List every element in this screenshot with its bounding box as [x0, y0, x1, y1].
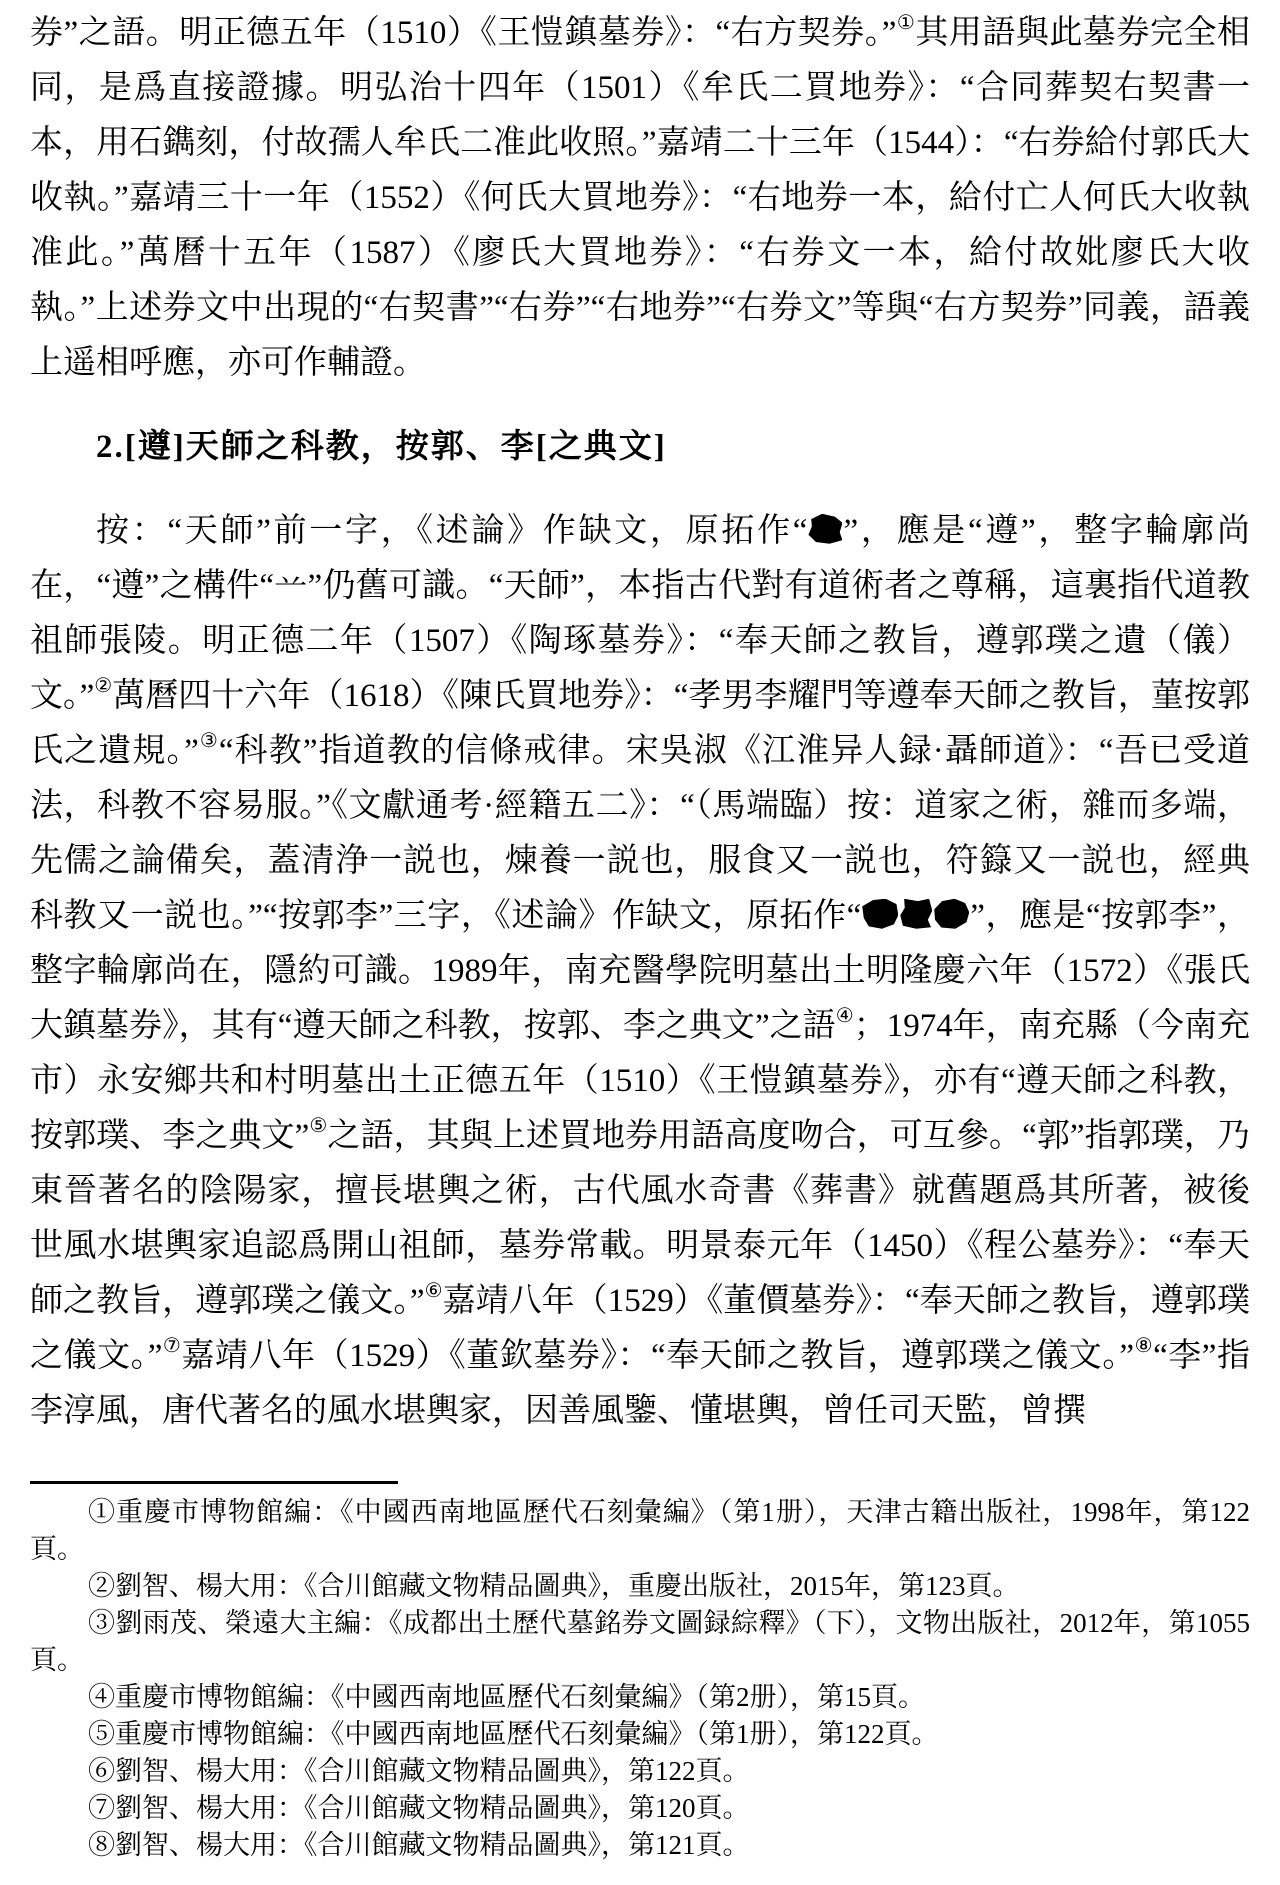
illegible-rubbing-glyph: [808, 514, 842, 544]
text-segment: 按：“天師”前一字，《述論》作缺文，原拓作“: [96, 513, 807, 549]
illegible-rubbing-glyph: [934, 899, 969, 929]
footnote-item: ④重慶市博物館編：《中國西南地區歷代石刻彙編》（第2册），第15頁。: [30, 1679, 1250, 1716]
text-segment: 嘉靖八年（1529）《董欽墓券》：“奉天師之教旨，遵郭璞之儀文。”: [181, 1338, 1134, 1374]
main-text: 券”之語。明正德五年（1510）《王愷鎮墓券》：“右方契券。”①其用語與此墓券完…: [30, 6, 1250, 1439]
illegible-rubbing-glyph: [900, 899, 932, 929]
footnote-ref-7: ⑦: [162, 1335, 181, 1357]
text-segment: 券”之語。明正德五年（1510）《王愷鎮墓券》：“右方契券。”: [30, 15, 896, 51]
footnote-ref-3: ③: [199, 730, 219, 752]
section-heading: 2.[遵]天師之科教，按郭、李[之典文]: [30, 418, 1250, 476]
footnote-separator-rule: [30, 1481, 398, 1484]
footnotes-section: ①重慶市博物館編：《中國西南地區歷代石刻彙編》（第1册），天津古籍出版社，199…: [30, 1494, 1250, 1864]
footnote-item: ⑥劉智、楊大用：《合川館藏文物精品圖典》，第122頁。: [30, 1753, 1250, 1790]
footnote-item: ⑧劉智、楊大用：《合川館藏文物精品圖典》，第121頁。: [30, 1827, 1250, 1864]
footnote-ref-4: ④: [836, 1005, 854, 1027]
footnote-ref-6: ⑥: [425, 1280, 443, 1302]
illegible-rubbing-glyph: [862, 899, 898, 929]
footnote-item: ①重慶市博物館編：《中國西南地區歷代石刻彙編》（第1册），天津古籍出版社，199…: [30, 1494, 1250, 1568]
footnote-item: ⑤重慶市博物館編：《中國西南地區歷代石刻彙編》（第1册），第122頁。: [30, 1716, 1250, 1753]
text-segment: 其用語與此墓券完全相同，是爲直接證據。明弘治十四年（1501）《牟氏二買地券》：…: [30, 15, 1250, 381]
paragraph-annotation: 按：“天師”前一字，《述論》作缺文，原拓作“”，應是“遵”，整字輪廓尚在，“遵”…: [30, 504, 1250, 1439]
footnote-item: ②劉智、楊大用：《合川館藏文物精品圖典》，重慶出版社，2015年，第123頁。: [30, 1568, 1250, 1605]
footnote-ref-1: ①: [896, 12, 915, 34]
footnote-item: ③劉雨茂、榮遠大主編：《成都出土歷代墓銘券文圖録綜釋》（下），文物出版社，201…: [30, 1605, 1250, 1679]
paragraph-continuation: 券”之語。明正德五年（1510）《王愷鎮墓券》：“右方契券。”①其用語與此墓券完…: [30, 6, 1250, 391]
footnote-ref-5: ⑤: [309, 1115, 327, 1137]
footnote-item: ⑦劉智、楊大用：《合川館藏文物精品圖典》，第120頁。: [30, 1790, 1250, 1827]
footnote-ref-2: ②: [94, 675, 112, 697]
footnote-ref-8: ⑧: [1134, 1335, 1153, 1357]
document-page: 券”之語。明正德五年（1510）《王愷鎮墓券》：“右方契券。”①其用語與此墓券完…: [0, 0, 1280, 1885]
